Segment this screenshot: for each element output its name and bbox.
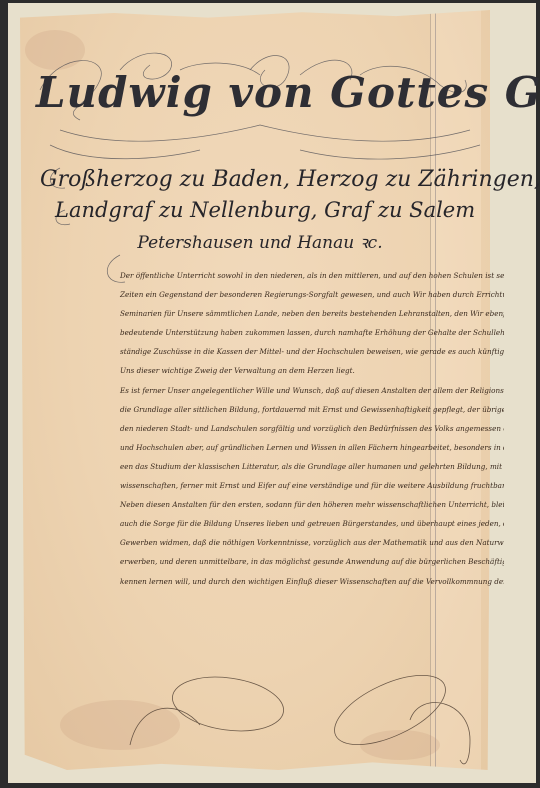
title-line-1: Großherzog zu Baden, Herzog zu Zähringen… xyxy=(40,167,480,192)
body-line: Seminarien für Unsere sämmtlichen Lande,… xyxy=(114,304,504,323)
body-line: Es ist ferner Unser angelegentlicher Wil… xyxy=(114,381,504,400)
body-line: den niederen Stadt- und Landschulen sorg… xyxy=(114,419,504,438)
body-line: Gewerben widmen, daß die nöthigen Vorken… xyxy=(114,533,504,552)
body-line: erwerben, und deren unmittelbare, in das… xyxy=(114,552,504,571)
body-line: Zeiten ein Gegenstand der besonderen Reg… xyxy=(114,285,504,304)
stain xyxy=(60,700,180,750)
body-line: und Hochschulen aber, auf gründlichen Le… xyxy=(114,438,504,457)
stain xyxy=(25,30,85,70)
body-line: bedeutende Unterstützung haben zukommen … xyxy=(114,323,504,342)
body-line: Der öffentliche Unterricht sowohl in den… xyxy=(114,266,504,285)
body-line: Uns dieser wichtige Zweig der Verwaltung… xyxy=(114,361,504,380)
paragraph-3: Neben diesen Anstalten für den ersten, s… xyxy=(114,495,504,590)
title-line-3: Petershausen und Hanau ꝛc. xyxy=(130,230,390,253)
paragraph-2: Es ist ferner Unser angelegentlicher Wil… xyxy=(114,381,504,496)
body-line: auch die Sorge für die Bildung Unseres l… xyxy=(114,514,504,533)
body-line: een das Studium der klassischen Litterat… xyxy=(114,457,504,476)
document-title: Ludwig von Gottes Gnaden xyxy=(36,68,496,117)
body-line: kennen lernen will, und durch den wichti… xyxy=(114,572,504,591)
paragraph-1: Der öffentliche Unterricht sowohl in den… xyxy=(114,266,504,381)
body-line: ständige Zuschüsse in die Kassen der Mit… xyxy=(114,342,504,361)
stain xyxy=(360,730,440,760)
document-body: Der öffentliche Unterricht sowohl in den… xyxy=(114,266,504,591)
body-line: Neben diesen Anstalten für den ersten, s… xyxy=(114,495,504,514)
body-line: die Grundlage aller sittlichen Bildung, … xyxy=(114,400,504,419)
body-line: wissenschaften, ferner mit Ernst und Eif… xyxy=(114,476,504,495)
title-line-2: Landgraf zu Nellenburg, Graf zu Salem xyxy=(55,198,455,222)
